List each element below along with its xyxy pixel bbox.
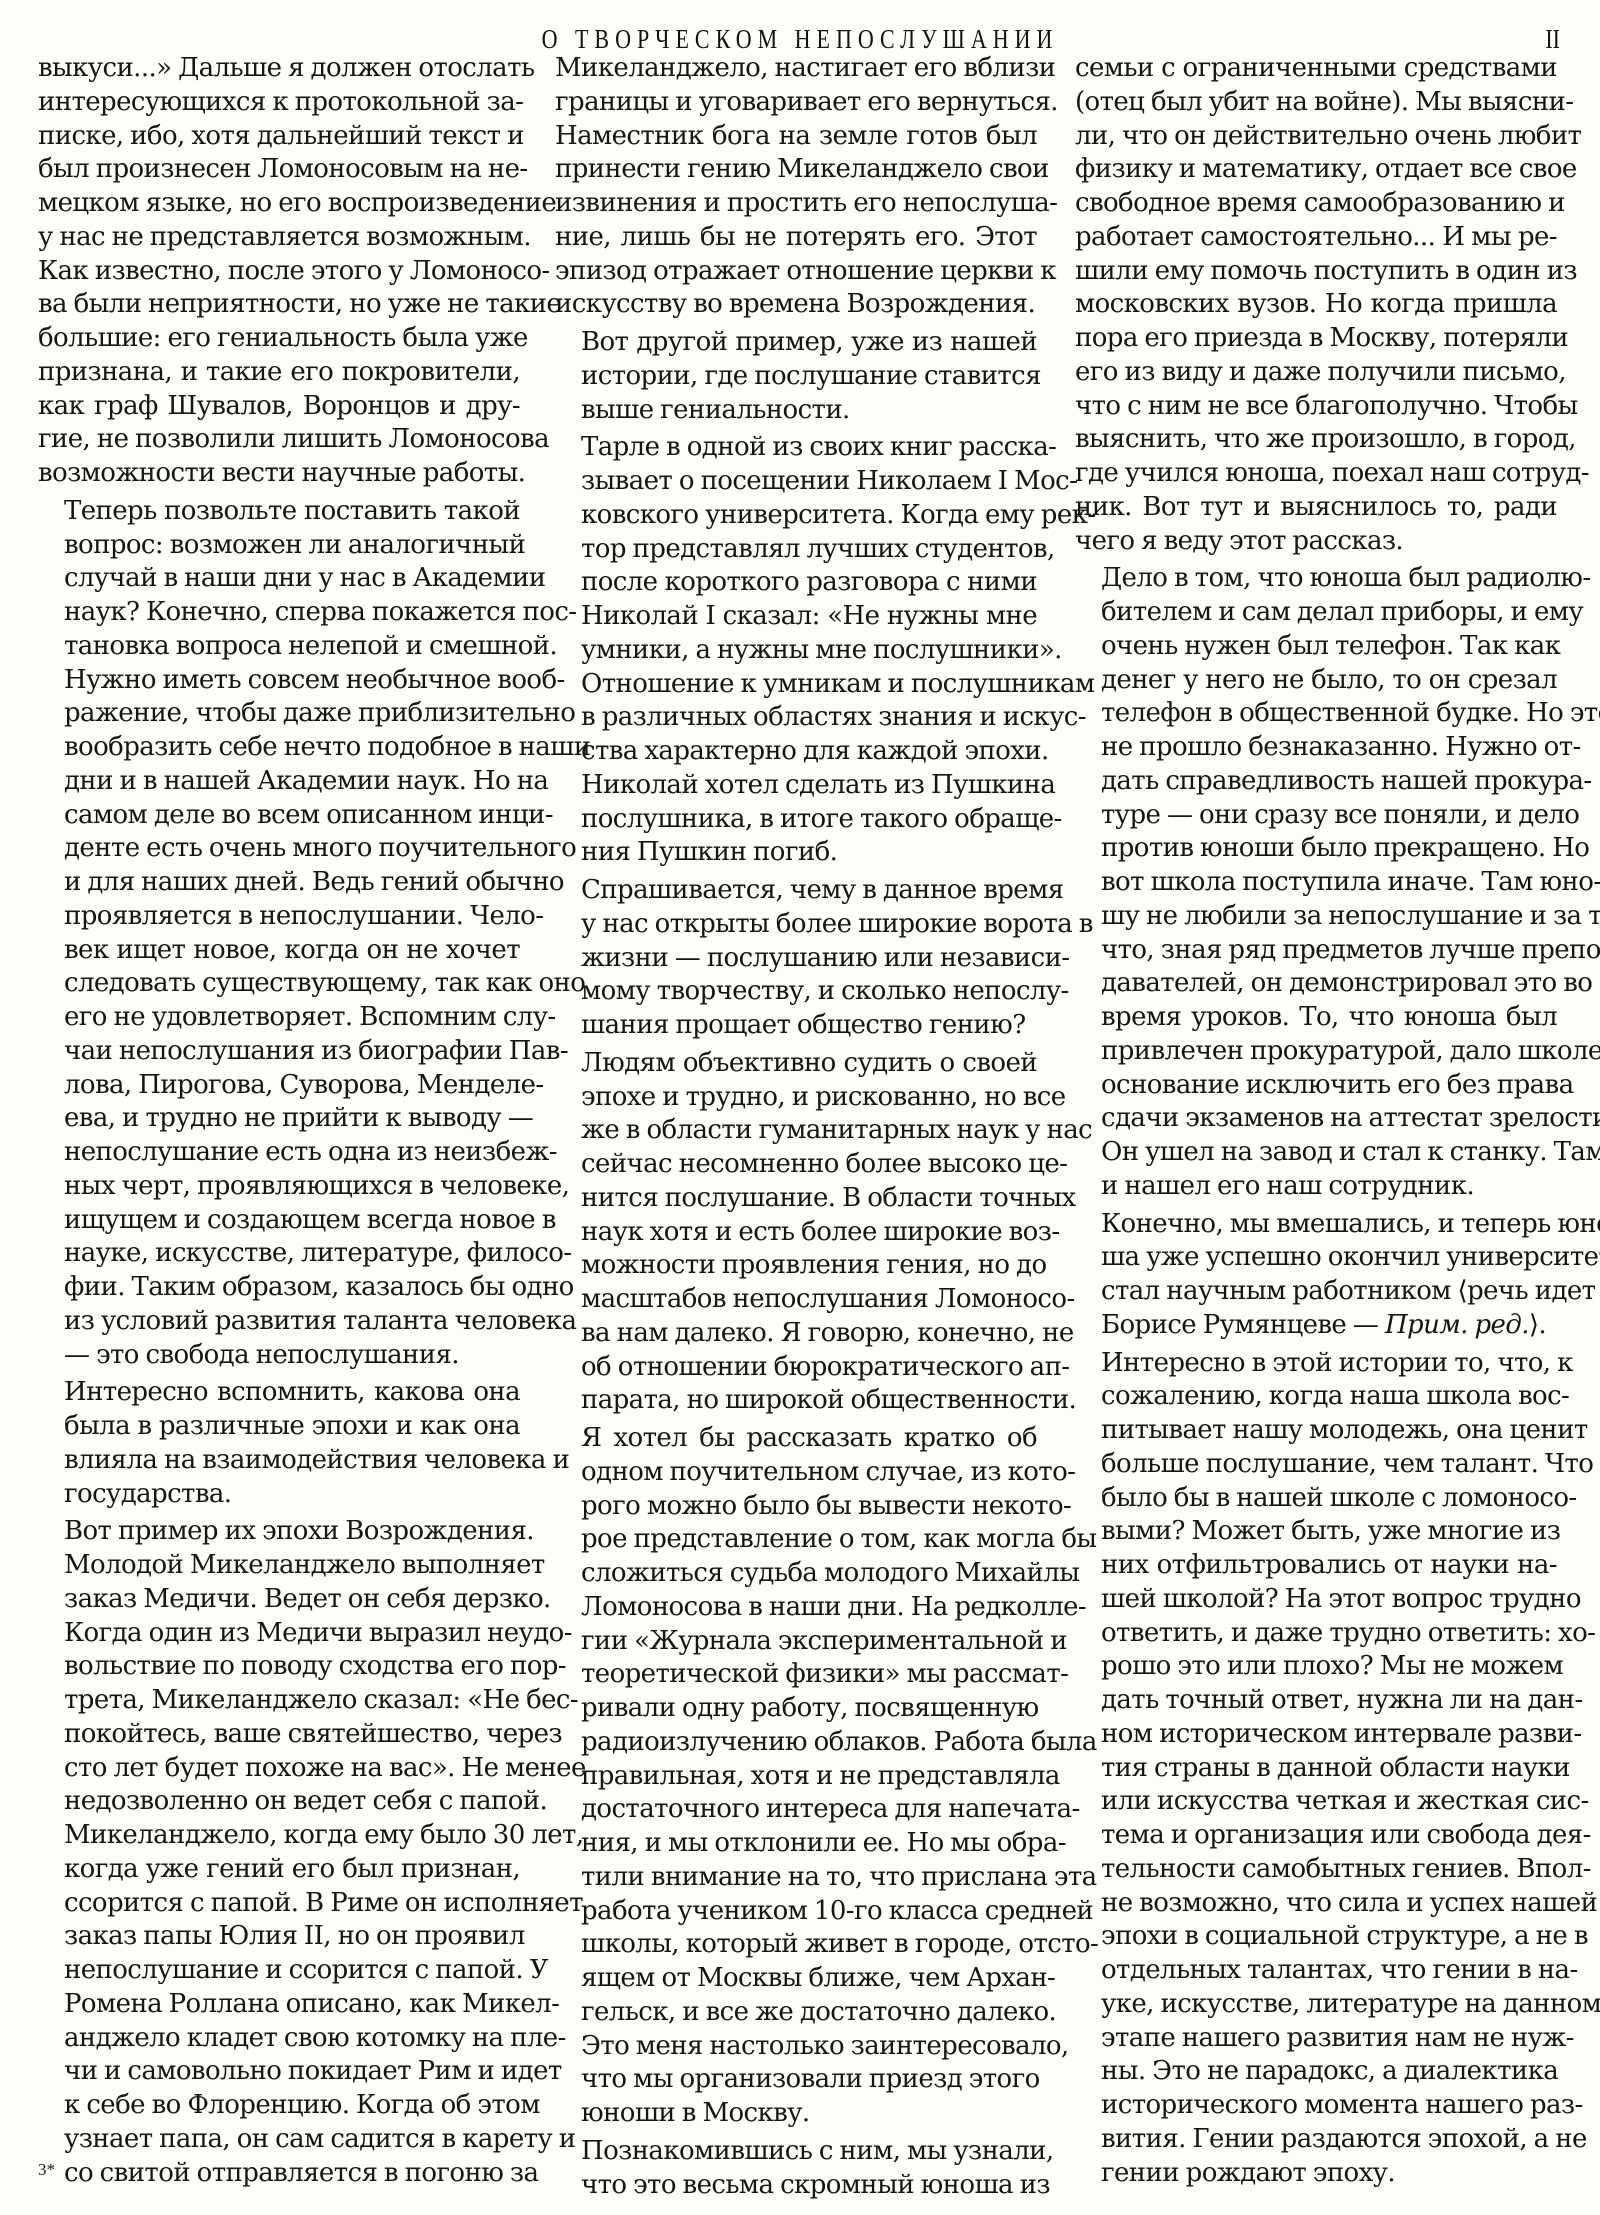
text-line: чаи непослушания из биографии Пав- — [38, 1035, 520, 1069]
text-line: правильная, хотя и не представляла — [555, 1760, 1037, 1794]
editor-note-suffix: ⟩. — [1529, 1310, 1546, 1340]
text-line: у нас открыты более широкие ворота в — [555, 908, 1037, 942]
text-line: свободное время самообразованию и — [1075, 187, 1557, 221]
text-line: вопрос: возможен ли аналогичный — [38, 529, 520, 563]
text-line: них отфильтровались от науки на- — [1075, 1549, 1557, 1583]
text-line: ссорится с папой. В Риме он исполняет — [38, 1887, 520, 1921]
text-line: туре — они сразу все поняли, и дело — [1075, 799, 1557, 833]
text-line: выкуси...» Дальше я должен отослать — [38, 52, 520, 86]
text-line: умники, а нужны мне послушники». — [555, 634, 1037, 668]
text-line: вообразить себе нечто подобное в наши — [38, 731, 520, 765]
text-line: чи и самовольно покидает Рим и идет — [38, 2055, 520, 2089]
text-line: непослушание есть одна из неизбеж- — [38, 1136, 520, 1170]
text-line: школы, который живет в городе, отсто- — [555, 1928, 1037, 1962]
text-line: Познакомившись с ним, мы узнали, — [555, 2135, 1037, 2169]
text-line: очень нужен был телефон. Так как — [1075, 630, 1557, 664]
text-line: Теперь позвольте поставить такой — [38, 495, 520, 529]
text-column-3: семьи с ограниченными средствами(отец бы… — [1075, 52, 1557, 2194]
text-line: исторического момента нашего раз- — [1075, 2089, 1557, 2123]
text-line: влияла на взаимодействия человека и — [38, 1444, 520, 1478]
text-line: тельности самобытных гениев. Впол- — [1075, 1853, 1557, 1887]
text-line: теоретической физики» мы рассмат- — [555, 1658, 1037, 1692]
text-line: тия страны в данной области науки — [1075, 1752, 1557, 1786]
text-line: его из виду и даже получили письмо, — [1075, 356, 1557, 390]
text-line: анджело кладет свою котомку на пле- — [38, 2022, 520, 2056]
text-line: радиоизлучению облаков. Работа была — [555, 1726, 1037, 1760]
text-line: принести гению Микеланджело свои — [555, 153, 1037, 187]
text-line: лова, Пирогова, Суворова, Менделе- — [38, 1069, 520, 1103]
text-line: дать точный ответ, нужна ли на дан- — [1075, 1684, 1557, 1718]
text-line: гельск, и все же достаточно далеко. — [555, 1996, 1037, 2030]
text-line: работает самостоятельно... И мы ре- — [1075, 221, 1557, 255]
text-line: наук? Конечно, сперва покажется пос- — [38, 596, 520, 630]
text-line: со свитой отправляется в погоню за — [38, 2157, 520, 2191]
text-line: дни и в нашей Академии наук. Но на — [38, 765, 520, 799]
text-line: Дело в том, что юноша был радиолю- — [1075, 562, 1557, 596]
text-line: Нужно иметь совсем необычное вооб- — [38, 664, 520, 698]
text-line: было бы в нашей школе с ломоносо- — [1075, 1482, 1557, 1516]
text-line: Спрашивается, чему в данное время — [555, 874, 1037, 908]
text-line: что это весьма скромный юноша из — [555, 2169, 1037, 2203]
text-line: Молодой Микеланджело выполняет — [38, 1549, 520, 1583]
text-line: шу не любили за непослушание и за то, — [1075, 900, 1557, 934]
text-line: привлечен прокуратурой, дало школе — [1075, 1035, 1557, 1069]
text-line: давателей, он демонстрировал это во — [1075, 967, 1557, 1001]
text-line: ищущем и создающем всегда новое в — [38, 1204, 520, 1238]
paragraph: Интересно вспомнить, какова онабыла в ра… — [38, 1376, 520, 1511]
text-line: сложиться судьба молодого Михайлы — [555, 1557, 1037, 1591]
text-line: Он ушел на завод и стал к станку. Там — [1075, 1136, 1557, 1170]
text-line: век ищет новое, когда он не хочет — [38, 934, 520, 968]
text-line: как граф Шувалов, Воронцов и дру- — [38, 390, 520, 424]
text-line: ния Пушкин погиб. — [555, 836, 1037, 870]
text-line: зывает о посещении Николаем I Мос- — [555, 465, 1037, 499]
text-line: сдачи экзаменов на аттестат зрелости. — [1075, 1102, 1557, 1136]
text-line: в различных областях знания и искус- — [555, 701, 1037, 735]
text-line: его не удовлетворяет. Вспомним слу- — [38, 1001, 520, 1035]
text-line: послушника, в итоге такого обраще- — [555, 803, 1037, 837]
text-line: возможности вести научные работы. — [38, 457, 520, 491]
text-line: вития. Гении раздаются эпохой, а не — [1075, 2123, 1557, 2157]
text-line: где учился юноша, поехал наш сотруд- — [1075, 457, 1557, 491]
text-line: после короткого разговора с ними — [555, 566, 1037, 600]
text-line: Интересно вспомнить, какова она — [38, 1376, 520, 1410]
paragraph: Людям объективно судить о своейэпохе и т… — [555, 1047, 1037, 1418]
editor-note-italic: Прим. ред. — [1385, 1310, 1529, 1340]
text-line: выми? Может быть, уже многие из — [1075, 1515, 1557, 1549]
text-line: шания прощает общество гению? — [555, 1009, 1037, 1043]
text-line: истории, где послушание ставится — [555, 360, 1037, 394]
text-line: извинения и простить его непослуша- — [555, 187, 1037, 221]
text-line: эпохе и трудно, и рискованно, но все — [555, 1081, 1037, 1115]
text-line: гении рождают эпоху. — [1075, 2157, 1557, 2191]
text-line: рое представление о том, как могла бы — [555, 1523, 1037, 1557]
text-line: узнает папа, он сам садится в карету и — [38, 2123, 520, 2157]
text-line: питывает нашу молодежь, она ценит — [1075, 1414, 1557, 1448]
text-line: сожалению, когда наша школа вос- — [1075, 1380, 1557, 1414]
text-line: парата, но широкой общественности. — [555, 1384, 1037, 1418]
text-line: ных черт, проявляющихся в человеке, — [38, 1170, 520, 1204]
text-line: ние, лишь бы не потерять его. Этот — [555, 221, 1037, 255]
text-line: тема и организация или свобода дея- — [1075, 1819, 1557, 1853]
text-line: масштабов непослушания Ломоносо- — [555, 1283, 1037, 1317]
text-line: выше гениальности. — [555, 394, 1037, 428]
text-line: тили внимание на то, что прислана эта — [555, 1861, 1037, 1895]
text-line: недозволенно он ведет себя с папой. — [38, 1785, 520, 1819]
text-line: ном историческом интервале разви- — [1075, 1718, 1557, 1752]
text-line: что мы организовали приезд этого — [555, 2063, 1037, 2097]
text-line: Интересно в этой истории то, что, к — [1075, 1347, 1557, 1381]
text-line: и нашел его наш сотрудник. — [1075, 1170, 1557, 1204]
text-line: шей школой? На этот вопрос трудно — [1075, 1583, 1557, 1617]
text-line: Микеланджело, настигает его вблизи — [555, 52, 1037, 86]
text-line: вот школа поступила иначе. Там юно- — [1075, 866, 1557, 900]
text-line: бителем и сам делал приборы, и ему — [1075, 596, 1557, 630]
text-line: больше послушание, чем талант. Что — [1075, 1448, 1557, 1482]
text-line: одном поучительном случае, из кото- — [555, 1456, 1037, 1490]
text-line: ковского университета. Когда ему рек- — [555, 499, 1037, 533]
text-line: ражение, чтобы даже приблизительно — [38, 697, 520, 731]
text-line: стал научным работником ⟨речь идет о — [1075, 1275, 1557, 1309]
text-line: Конечно, мы вмешались, и теперь юно- — [1075, 1208, 1557, 1242]
text-line: можности проявления гения, но до — [555, 1249, 1037, 1283]
text-line: интересующихся к протокольной за- — [38, 86, 520, 120]
text-line: ша уже успешно окончил университет и — [1075, 1241, 1557, 1275]
text-line: Вот другой пример, уже из нашей — [555, 326, 1037, 360]
text-line: к себе во Флоренцию. Когда об этом — [38, 2089, 520, 2123]
text-line: — это свобода непослушания. — [38, 1339, 520, 1373]
text-line: шили ему помочь поступить в один из — [1075, 255, 1557, 289]
text-line: Когда один из Медичи выразил неудо- — [38, 1617, 520, 1651]
text-line: Николай I сказал: «Не нужны мне — [555, 600, 1037, 634]
text-line: Вот пример их эпохи Возрождения. — [38, 1515, 520, 1549]
text-line: юноши в Москву. — [555, 2097, 1037, 2131]
text-line: ответить, и даже трудно ответить: хо- — [1075, 1617, 1557, 1651]
text-line: уке, искусстве, литературе на данном — [1075, 1988, 1557, 2022]
text-line: случай в наши дни у нас в Академии — [38, 562, 520, 596]
text-line: физику и математику, отдает все свое — [1075, 153, 1557, 187]
text-line: жизни — послушанию или независи- — [555, 942, 1037, 976]
text-line: пора его приезда в Москву, потеряли — [1075, 322, 1557, 356]
text-line: Это меня настолько заинтересовало, — [555, 2030, 1037, 2064]
text-line: гии «Журнала экспериментальной и — [555, 1625, 1037, 1659]
text-line: у нас не представляется возможным. — [38, 221, 520, 255]
text-line: что, зная ряд предметов лучше препо- — [1075, 934, 1557, 968]
text-line: сто лет будет похоже на вас». Не менее — [38, 1752, 520, 1786]
text-line: трета, Микеланджело сказал: «Не бес- — [38, 1684, 520, 1718]
text-line: непослушание и ссорится с папой. У — [38, 1954, 520, 1988]
text-line: искусству во времена Возрождения. — [555, 288, 1037, 322]
text-line: и для наших дней. Ведь гений обычно — [38, 866, 520, 900]
text-line: ривали одну работу, посвященную — [555, 1692, 1037, 1726]
text-line: об отношении бюрократического ап- — [555, 1351, 1037, 1385]
text-line: была в различные эпохи и как она — [38, 1410, 520, 1444]
paragraph: Спрашивается, чему в данное времяу нас о… — [555, 874, 1037, 1043]
text-line: отдельных талантах, что гении в на- — [1075, 1954, 1557, 1988]
text-line: признана, и такие его покровители, — [38, 356, 520, 390]
text-line: Ромена Роллана описано, как Микел- — [38, 1988, 520, 2022]
paragraph: Вот пример их эпохи Возрождения.Молодой … — [38, 1515, 520, 2190]
text-line: Николай хотел сделать из Пушкина — [555, 769, 1037, 803]
text-line: эпохи в социальной структуре, а не в — [1075, 1920, 1557, 1954]
text-column-2: Микеланджело, настигает его вблизиграниц… — [555, 52, 1037, 2206]
paragraph: Конечно, мы вмешались, и теперь юно-ша у… — [1075, 1208, 1557, 1343]
text-line: Наместник бога на земле готов был — [555, 120, 1037, 154]
text-line: тановка вопроса нелепой и смешной. — [38, 630, 520, 664]
text-line: что с ним не все благополучно. Чтобы — [1075, 390, 1557, 424]
text-line: заказ Медичи. Ведет он себя дерзко. — [38, 1583, 520, 1617]
text-line: большие: его гениальность была уже — [38, 322, 520, 356]
text-line: ева, и трудно не прийти к выводу — — [38, 1102, 520, 1136]
paragraph: выкуси...» Дальше я должен отослатьинтер… — [38, 52, 520, 491]
text-column-1: выкуси...» Дальше я должен отослатьинтер… — [38, 52, 520, 2194]
text-line: государства. — [38, 1478, 520, 1512]
text-line: семьи с ограниченными средствами — [1075, 52, 1557, 86]
text-line: мому творчеству, и сколько непослу- — [555, 975, 1037, 1009]
paragraph: семьи с ограниченными средствами(отец бы… — [1075, 52, 1557, 558]
text-line: телефон в общественной будке. Но это — [1075, 697, 1557, 731]
text-line: денте есть очень много поучительного — [38, 832, 520, 866]
text-line: проявляется в непослушании. Чело- — [38, 900, 520, 934]
text-line: ва нам далеко. Я говорю, конечно, не — [555, 1317, 1037, 1351]
text-line: ящем от Москвы ближе, чем Архан- — [555, 1962, 1037, 1996]
page-number: II — [1545, 23, 1560, 56]
paragraph: Микеланджело, настигает его вблизиграниц… — [555, 52, 1037, 322]
paragraph: Познакомившись с ним, мы узнали,что это … — [555, 2135, 1037, 2203]
text-line: дать справедливость нашей прокура- — [1075, 765, 1557, 799]
text-line: Отношение к умникам и послушникам — [555, 668, 1037, 702]
text-line: нится послушание. В области точных — [555, 1182, 1037, 1216]
paragraph: Тарле в одной из своих книг расска-зывае… — [555, 431, 1037, 870]
paragraph: Интересно в этой истории то, что, ксожал… — [1075, 1347, 1557, 2191]
text-line: Микеланджело, когда ему было 30 лет, — [38, 1819, 520, 1853]
text-line: следовать существующему, так как оно — [38, 967, 520, 1001]
text-line: когда уже гений его был признан, — [38, 1853, 520, 1887]
text-line: денег у него не было, то он срезал — [1075, 664, 1557, 698]
text-line: гие, не позволили лишить Ломоносова — [38, 423, 520, 457]
text-line: основание исключить его без права — [1075, 1069, 1557, 1103]
text-line: Людям объективно судить о своей — [555, 1047, 1037, 1081]
text-line: Я хотел бы рассказать кратко об — [555, 1422, 1037, 1456]
text-line: или искусства четкая и жесткая сис- — [1075, 1785, 1557, 1819]
text-line: эпизод отражает отношение церкви к — [555, 255, 1037, 289]
text-line: (отец был убит на войне). Мы выясни- — [1075, 86, 1557, 120]
text-line: этапе нашего развития нам не нуж- — [1075, 2022, 1557, 2056]
text-line: границы и уговаривает его вернуться. — [555, 86, 1037, 120]
text-line: мецком языке, но его воспроизведение — [38, 187, 520, 221]
text-line: не возможно, что сила и успех нашей — [1075, 1887, 1557, 1921]
text-line: ва были неприятности, но уже не такие — [38, 288, 520, 322]
text-line: Тарле в одной из своих книг расска- — [555, 431, 1037, 465]
text-line: науке, искусстве, литературе, филосо- — [38, 1237, 520, 1271]
text-line: Как известно, после этого у Ломоносо- — [38, 255, 520, 289]
text-line: же в области гуманитарных наук у нас — [555, 1114, 1037, 1148]
text-line: самом деле во всем описанном инци- — [38, 799, 520, 833]
paragraph: Вот другой пример, уже из нашейистории, … — [555, 326, 1037, 427]
text-line: сейчас несомненно более высоко це- — [555, 1148, 1037, 1182]
text-line: ния, и мы отклонили ее. Но мы обра- — [555, 1827, 1037, 1861]
paragraph: Дело в том, что юноша был радиолю-бителе… — [1075, 562, 1557, 1203]
signature-mark: 3* — [38, 2160, 55, 2180]
running-title: О ТВОРЧЕСКОМ НЕПОСЛУШАНИИ — [0, 23, 1600, 56]
paragraph: Теперь позвольте поставить такойвопрос: … — [38, 495, 520, 1373]
text-line: достаточного интереса для напечата- — [555, 1793, 1037, 1827]
text-line: ник. Вот тут и выяснилось то, ради — [1075, 491, 1557, 525]
text-line: писке, ибо, хотя дальнейший текст и — [38, 120, 520, 154]
text-line: московских вузов. Но когда пришла — [1075, 288, 1557, 322]
text-line: наук хотя и есть более широкие воз- — [555, 1216, 1037, 1250]
text-line: тор представлял лучших студентов, — [555, 533, 1037, 567]
text-line: Ломоносова в наши дни. На редколле- — [555, 1591, 1037, 1625]
editor-note-line: Борисе Румянцеве — Прим. ред.⟩. — [1075, 1309, 1557, 1343]
text-line: не прошло безнаказанно. Нужно от- — [1075, 731, 1557, 765]
text-line: рого можно было бы вывести некото- — [555, 1490, 1037, 1524]
text-line: ли, что он действительно очень любит — [1075, 120, 1557, 154]
text-line: из условий развития таланта человека — [38, 1305, 520, 1339]
text-line: чего я веду этот рассказ. — [1075, 525, 1557, 559]
text-line: выяснить, что же произошло, в город, — [1075, 423, 1557, 457]
text-line: ны. Это не парадокс, а диалектика — [1075, 2055, 1557, 2089]
editor-note-prefix: Борисе Румянцеве — — [1101, 1310, 1385, 1340]
text-line: работа учеником 10-го класса средней — [555, 1895, 1037, 1929]
text-line: рошо это или плохо? Мы не можем — [1075, 1650, 1557, 1684]
text-line: время уроков. То, что юноша был — [1075, 1001, 1557, 1035]
text-line: фии. Таким образом, казалось бы одно — [38, 1271, 520, 1305]
text-line: был произнесен Ломоносовым на не- — [38, 153, 520, 187]
text-line: заказ папы Юлия II, но он проявил — [38, 1920, 520, 1954]
text-line: ства характерно для каждой эпохи. — [555, 735, 1037, 769]
text-line: против юноши было прекращено. Но — [1075, 832, 1557, 866]
text-line: покойтесь, ваше святейшество, через — [38, 1718, 520, 1752]
text-line: вольствие по поводу сходства его пор- — [38, 1650, 520, 1684]
paragraph: Я хотел бы рассказать кратко ободном поу… — [555, 1422, 1037, 2131]
